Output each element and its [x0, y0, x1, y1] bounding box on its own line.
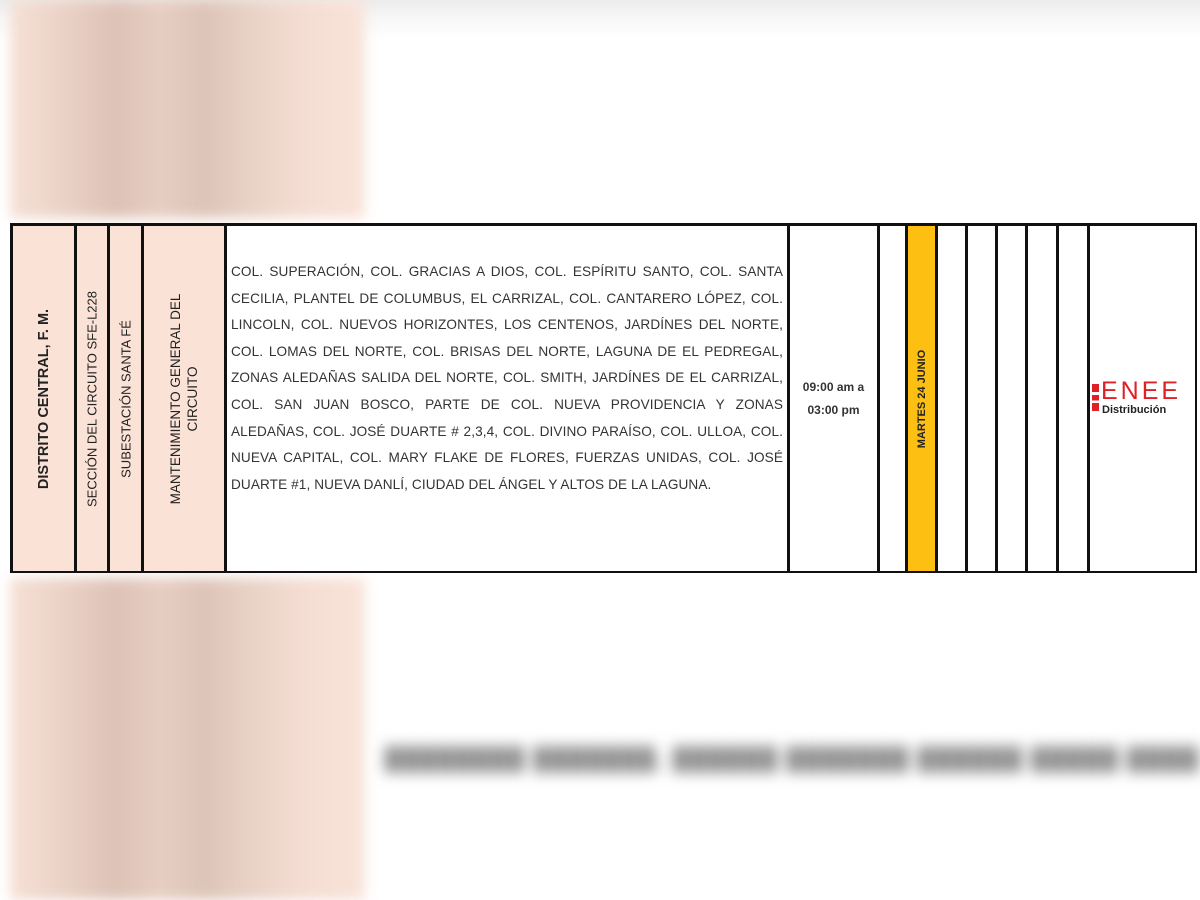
schedule-time: 09:00 am a 03:00 pm — [790, 376, 877, 422]
work-type-cell: MANTENIMIENTO GENERAL DEL CIRCUITO — [144, 226, 227, 571]
empty-day-cell — [938, 226, 968, 571]
outage-schedule-row: DISTRITO CENTRAL, F. M. SECCIÓN DEL CIRC… — [10, 223, 1197, 573]
affected-areas-cell: COL. SUPERACIÓN, COL. GRACIAS A DIOS, CO… — [227, 226, 790, 571]
enee-logo-icon — [1092, 384, 1099, 411]
substation-label: SUBESTACIÓN SANTA FÉ — [118, 320, 133, 478]
empty-day-cell — [1028, 226, 1059, 571]
empty-day-cell — [880, 226, 908, 571]
schedule-start: 09:00 am a — [790, 376, 877, 399]
district-cell: DISTRITO CENTRAL, F. M. — [13, 226, 77, 571]
empty-day-cell — [1059, 226, 1090, 571]
date-cell: MARTES 24 JUNIO — [908, 226, 938, 571]
logo-subtitle: Distribución — [1102, 404, 1166, 416]
affected-areas-text: COL. SUPERACIÓN, COL. GRACIAS A DIOS, CO… — [231, 259, 783, 498]
empty-day-cell — [968, 226, 998, 571]
schedule-cell: 09:00 am a 03:00 pm — [790, 226, 880, 571]
schedule-end: 03:00 pm — [790, 399, 877, 422]
logo-cell: ENEE Distribución — [1090, 226, 1195, 571]
substation-cell: SUBESTACIÓN SANTA FÉ — [110, 226, 144, 571]
date-label: MARTES 24 JUNIO — [916, 349, 928, 447]
blurred-background-text: ████████ ███████, ██████ ███████ ██████ … — [385, 738, 1200, 818]
logo-name: ENEE — [1101, 377, 1181, 406]
work-type-label: MANTENIMIENTO GENERAL DEL CIRCUITO — [167, 261, 201, 536]
circuit-section-cell: SECCIÓN DEL CIRCUITO SFE-L228 — [77, 226, 110, 571]
enee-logo: ENEE Distribución — [1090, 377, 1200, 421]
district-label: DISTRITO CENTRAL, F. M. — [36, 308, 52, 488]
empty-day-cell — [998, 226, 1028, 571]
circuit-section-label: SECCIÓN DEL CIRCUITO SFE-L228 — [85, 291, 100, 507]
blurred-pink-columns-top — [10, 0, 365, 218]
blurred-pink-columns-bottom — [10, 578, 365, 900]
